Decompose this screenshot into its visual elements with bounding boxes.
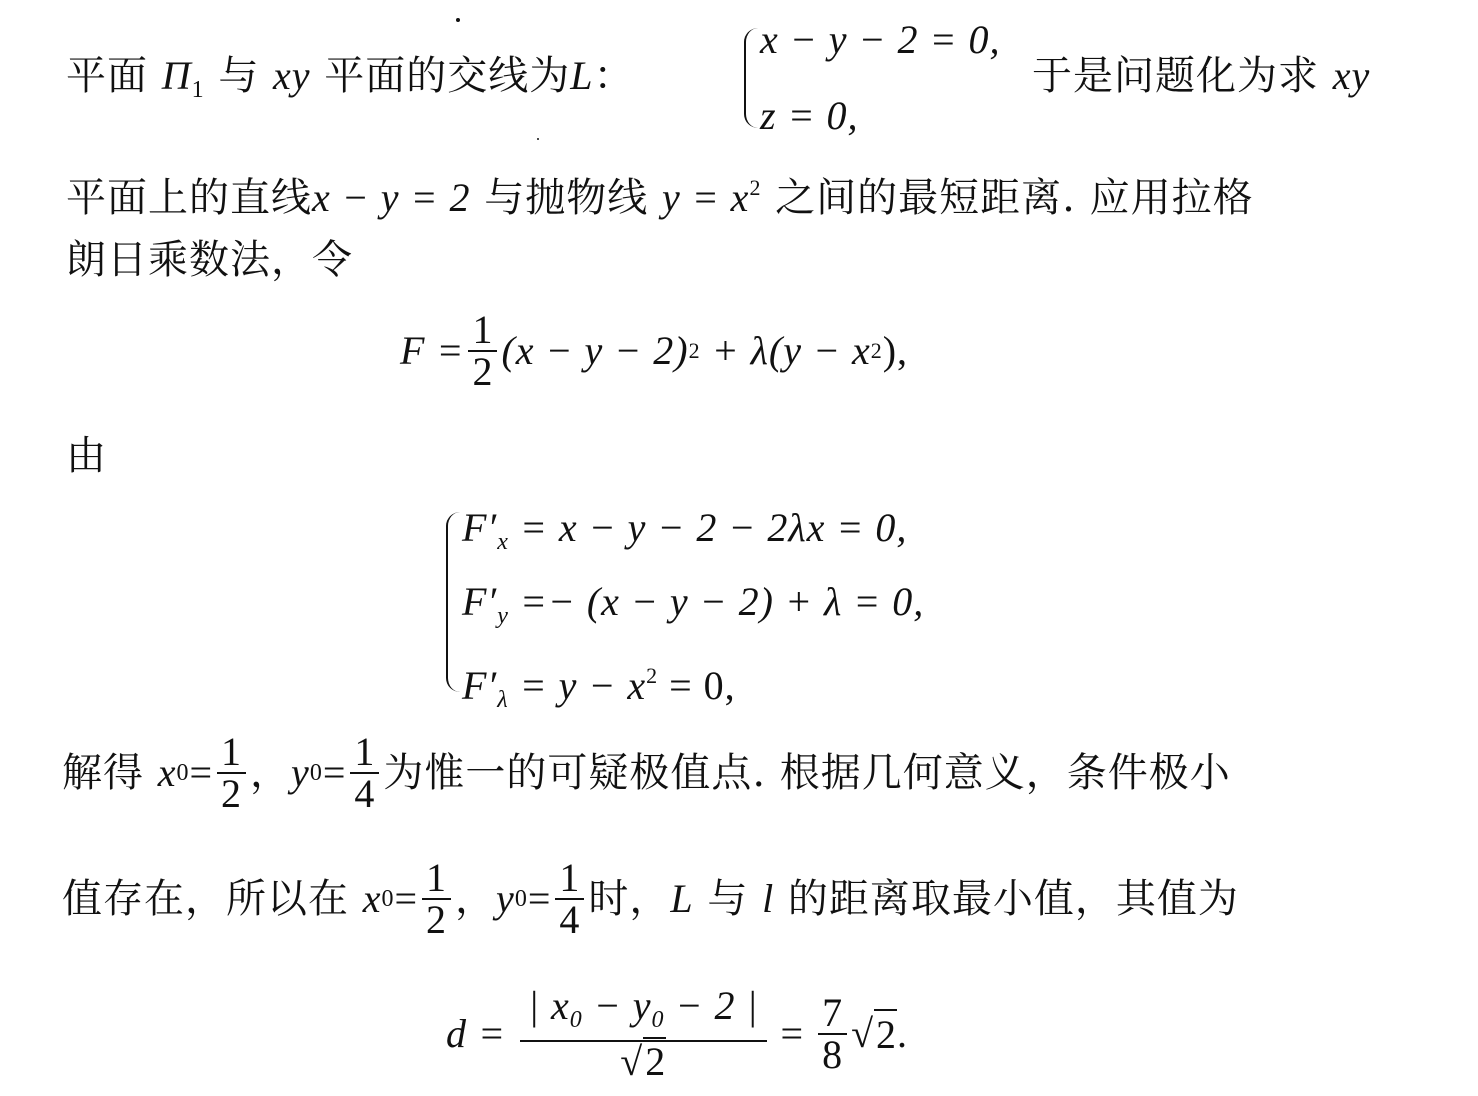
math: F =: [400, 327, 464, 375]
math-sub: 1: [192, 77, 205, 103]
fraction: 1 4: [555, 858, 584, 940]
math-y0: y: [291, 749, 310, 797]
fraction: | x0 − y0 − 2 | √2: [520, 986, 767, 1082]
text: 平面的交线为: [324, 53, 570, 99]
math: .: [897, 1010, 908, 1058]
text: 之间的最短距离. 应用拉格: [775, 175, 1253, 221]
math-sup: 2: [749, 175, 761, 200]
equation-Fy: F′y =− (x − y − 2) + λ = 0,: [462, 578, 924, 640]
math-eq: =: [528, 875, 552, 923]
text-solve-line: 解得 x0 = 1 2 ， y0 = 1 4 为惟一的可疑极值点. 根据几何意义…: [62, 732, 1231, 814]
formula-d: d = | x0 − y0 − 2 | √2 = 7 8 √2.: [446, 986, 908, 1082]
text: 于是问题化为求: [1032, 53, 1319, 99]
math: = 0,: [658, 663, 736, 708]
math-line-eq: x − y = 2: [312, 175, 471, 220]
fraction: 1 4: [350, 732, 379, 814]
equation-Fx: F′x = x − y − 2 − 2λx = 0,: [462, 504, 907, 566]
math-sub: 0: [381, 875, 394, 923]
text-line-3: 朗日乘数法，令: [66, 236, 353, 284]
math-xy: xy: [1333, 53, 1371, 98]
math: =− (x − y − 2) + λ = 0,: [520, 579, 924, 624]
denominator: √2: [620, 1042, 666, 1082]
text-line-1: 平面 Π1 与 xy 平面的交线为L：: [66, 52, 635, 114]
math-x0: x: [363, 875, 382, 923]
math: F′: [462, 579, 497, 624]
math: = x − y − 2 − 2λx = 0,: [520, 505, 908, 550]
numerator: 1: [422, 858, 451, 900]
numerator: 1: [555, 858, 584, 900]
text: ：: [594, 53, 635, 99]
denominator: 4: [354, 774, 375, 814]
numerator: 7: [818, 993, 847, 1035]
math-sup: 2: [646, 663, 658, 688]
text-line-2: 平面上的直线x − y = 2 与抛物线 y = x2 之间的最短距离. 应用拉…: [66, 164, 1254, 222]
text-line-1-suffix: 于是问题化为求 xy: [1032, 52, 1370, 100]
math: ),: [883, 327, 908, 375]
math: F′: [462, 505, 497, 550]
numerator: 1: [217, 732, 246, 774]
fraction: 1 2: [422, 858, 451, 940]
math: − 2 |: [665, 983, 759, 1028]
text: 时，: [588, 875, 670, 923]
math-xy: xy: [273, 53, 311, 98]
math-l: l: [762, 875, 774, 923]
math-plane: Π: [162, 53, 192, 98]
math-L: L: [570, 53, 593, 98]
numerator: 1: [468, 310, 497, 352]
math-sub: y: [497, 603, 509, 629]
math-sub: λ: [497, 687, 508, 713]
math: d =: [446, 1010, 506, 1058]
math-L: L: [670, 875, 693, 923]
left-brace: [744, 28, 758, 128]
math: = y − x: [520, 663, 647, 708]
text: 平面上的直线: [66, 175, 312, 221]
scan-speck: [537, 138, 539, 140]
denominator: 2: [472, 352, 493, 392]
sqrt-icon: √: [620, 1039, 643, 1084]
math-sub: 0: [176, 749, 189, 797]
fraction: 1 2: [217, 732, 246, 814]
denominator: 2: [221, 774, 242, 814]
math: F′: [462, 663, 497, 708]
math-eq: =: [394, 875, 418, 923]
fraction: 7 8: [818, 993, 847, 1075]
math-eq: =: [189, 749, 213, 797]
math: (x − y − 2): [501, 327, 688, 375]
text-you: 由: [66, 432, 107, 480]
numerator: 1: [350, 732, 379, 774]
text: 为惟一的可疑极值点. 根据几何意义，条件极小: [383, 749, 1230, 797]
math-sub: x: [497, 529, 509, 555]
text-exist-line: 值存在，所以在 x0 = 1 2 ， y0 = 1 4 时，L 与 l 的距离取…: [62, 858, 1239, 940]
text: ，: [250, 749, 291, 797]
text: 与抛物线: [484, 175, 648, 221]
denominator: 2: [426, 900, 447, 940]
left-brace: [446, 512, 462, 692]
text: 的距离取最小值，其值为: [788, 875, 1239, 923]
text: 与: [218, 53, 259, 99]
denominator: 8: [822, 1035, 843, 1075]
math-sub: 0: [515, 875, 528, 923]
math-y0: y: [496, 875, 515, 923]
system-row-1: x − y − 2 = 0,: [760, 16, 1000, 64]
math-eq: =: [781, 1010, 805, 1058]
math: 2: [643, 1037, 666, 1084]
math: − y: [583, 983, 652, 1028]
math-sup: 2: [871, 327, 883, 375]
equation-Flambda: F′λ = y − x2 = 0,: [462, 652, 736, 724]
math-eq: =: [323, 749, 347, 797]
text: 平面: [66, 53, 148, 99]
math: | x: [528, 983, 570, 1028]
text: 值存在，所以在: [62, 875, 349, 923]
math-sup: 2: [689, 327, 701, 375]
text: 与: [707, 875, 748, 923]
math-sub: 0: [310, 749, 323, 797]
sqrt-icon: √: [851, 1010, 874, 1058]
denominator: 4: [559, 900, 580, 940]
fraction: 1 2: [468, 310, 497, 392]
formula-F: F = 1 2 (x − y − 2)2 + λ(y − x2),: [400, 310, 908, 392]
math-parabola: y = x: [662, 175, 750, 220]
math: 2: [874, 1009, 897, 1059]
math: + λ(y − x: [701, 327, 871, 375]
text: 解得: [62, 749, 144, 797]
math-sub: 0: [652, 1007, 665, 1033]
math-sub: 0: [570, 1007, 583, 1033]
text: ，: [455, 875, 496, 923]
numerator: | x0 − y0 − 2 |: [520, 986, 767, 1042]
system-row-2: z = 0,: [760, 92, 859, 140]
scan-speck: [456, 18, 460, 22]
math-x0: x: [158, 749, 177, 797]
